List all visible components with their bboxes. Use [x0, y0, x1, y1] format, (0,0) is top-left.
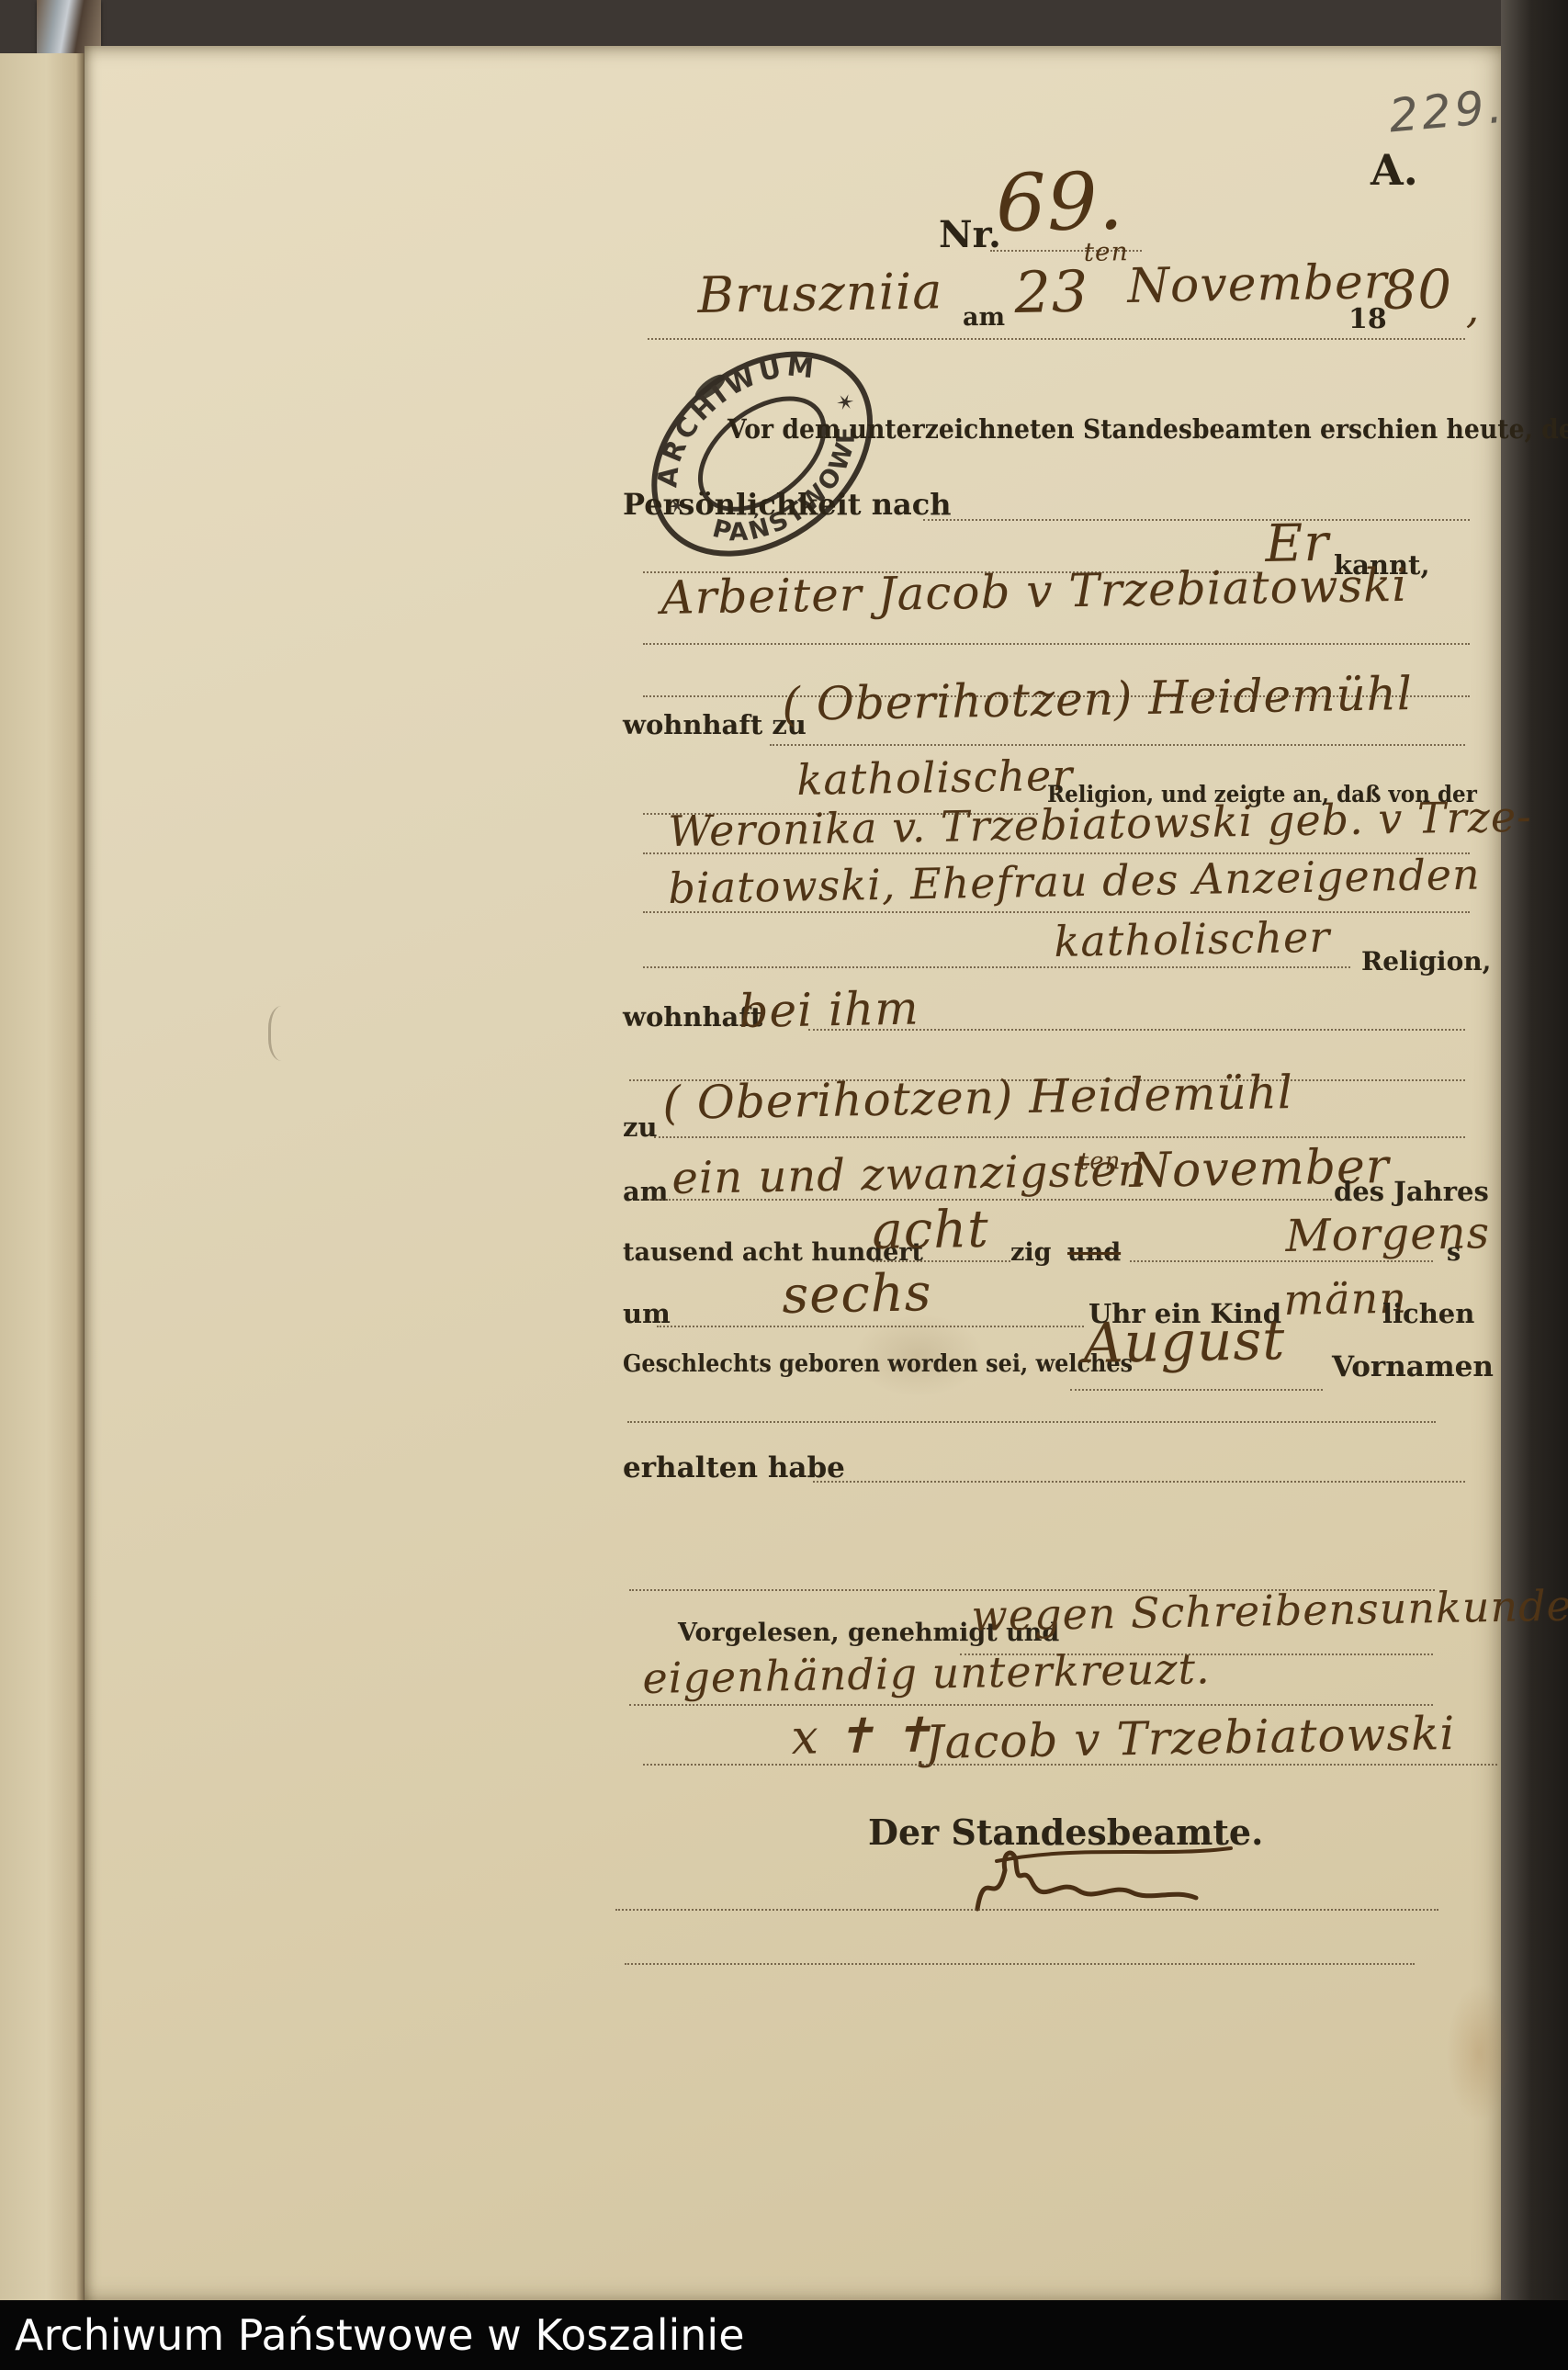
vornamen-printed: Vornamen: [1332, 1350, 1494, 1383]
religion1-hand: katholischer: [796, 750, 1074, 805]
rule-line: [643, 911, 1470, 913]
registrar-signature: [964, 1837, 1249, 1924]
identity-label: Persönlichkeit nach: [623, 487, 951, 522]
birthplace-hand: ( Oberihotzen) Heidemühl: [662, 1066, 1293, 1130]
birthdate-year-label: des Jahres: [1334, 1176, 1489, 1207]
am-label: am: [963, 303, 1005, 332]
residence-label: wohnhaft zu: [623, 709, 807, 740]
closing-hand-2: eigenhändig unterkreuzt.: [642, 1643, 1211, 1703]
rule-line: [1130, 1260, 1433, 1262]
rule-line: [627, 1421, 1436, 1423]
year-und-struck: und: [1067, 1238, 1121, 1267]
residence-hand: ( Oberihotzen) Heidemühl: [782, 667, 1413, 731]
document-scan: 229. A. Nr. 69. Bruszniia am 23 ten Nove…: [0, 0, 1568, 2370]
rule-line: [643, 643, 1470, 645]
year-printed: 18: [1348, 303, 1387, 335]
rule-line: [770, 744, 1465, 746]
rule-line: [1070, 1389, 1323, 1391]
daytime-s-printed: s: [1447, 1238, 1461, 1267]
rule-line: [615, 1909, 1438, 1911]
rule-line: [625, 1963, 1415, 1965]
rule-line: [813, 1481, 1465, 1483]
crosses-hand: x ✝ ✝: [791, 1708, 934, 1766]
rule-line: [643, 1764, 1497, 1766]
date-comma: ,: [1465, 283, 1481, 333]
rule-line: [873, 1260, 1010, 1262]
rule-line: [629, 1704, 1433, 1706]
gender-printed: lichen: [1382, 1298, 1474, 1329]
birthdate-am-label: am: [623, 1176, 668, 1207]
religion2-hand: katholischer: [1054, 912, 1331, 966]
rule-line: [808, 1029, 1465, 1031]
page-number: 229.: [1387, 80, 1508, 143]
place-hand: Bruszniia: [697, 262, 943, 324]
religion2-printed: Religion,: [1361, 946, 1491, 976]
section-letter: A.: [1371, 145, 1418, 195]
rule-line: [923, 519, 1470, 521]
closing-hand-1: wegen Schreibensunkunde: [971, 1581, 1568, 1641]
day-suffix-hand: ten: [1083, 236, 1128, 267]
name-hand: August: [1083, 1308, 1286, 1376]
time-um-label: um: [623, 1298, 671, 1329]
stray-pen-mark: [268, 1006, 295, 1061]
archive-footer-bar: Archiwum Państwowe w Koszalinie: [0, 2300, 1568, 2370]
year-zig-printed: zig: [1010, 1238, 1051, 1267]
year-hand: acht: [872, 1200, 989, 1261]
rule-line: [654, 1136, 1465, 1138]
birthdate-day-suffix: ten: [1078, 1147, 1121, 1176]
time-hand: sechs: [782, 1263, 932, 1326]
intro-line: Vor dem unterzeichneten Standesbeamten e…: [728, 413, 1568, 445]
rule-line: [657, 1326, 1084, 1327]
day-hand: 23: [1014, 258, 1089, 326]
rule-line: [643, 966, 1350, 968]
declarant-signature-hand: Jacob v Trzebiatowski: [925, 1707, 1456, 1769]
birthdate-day-hand: ein und zwanzigsten: [671, 1145, 1147, 1204]
received-printed: erhalten habe: [623, 1451, 845, 1484]
birthplace-label: zu: [623, 1112, 658, 1143]
rule-line: [648, 1199, 1332, 1201]
gutter-page-strip: [0, 53, 85, 2301]
archive-footer-label: Archiwum Państwowe w Koszalinie: [15, 2310, 745, 2360]
book-edge-shadow: [1501, 0, 1568, 2370]
gender-line2: Geschlechts geboren worden sei, welches: [623, 1350, 1133, 1378]
year-hand: 80: [1382, 258, 1453, 322]
